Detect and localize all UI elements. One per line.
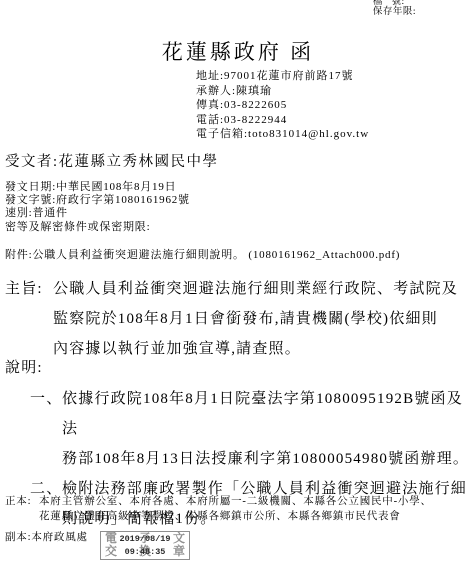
meta-block: 發文日期:中華民國108年8月19日 發文字號:府政行字第1080161962號… — [5, 181, 473, 262]
document-title: 花蓮縣政府 函 — [0, 36, 476, 66]
electronic-exchange-stamp: 電子文 交換章 2019/08/19 09:48:35 — [100, 531, 190, 560]
original-label: 正本: — [5, 495, 31, 510]
subject-text: 公職人員利益衝突迴避法施行細則業經行政院、考試院及 監察院於108年8月1日會銜… — [5, 274, 473, 364]
copy-recipients: 副本:本府政風處 — [5, 531, 473, 546]
attachment-line: 附件:公職人員利益衝突迴避法施行細則說明。 (1080161962_Attach… — [5, 249, 473, 262]
copy-text: 本府政風處 — [31, 532, 88, 543]
distribution-block: 正本: 本府主管辦公室、本府各處、本府所屬一-二級機關、本縣各公立國民中-小學、… — [5, 495, 473, 546]
stamp-date: 2019/08/19 — [101, 533, 189, 546]
description-heading: 說明: — [5, 356, 43, 377]
contact-address: 地址:97001花蓮市府前路17號 — [196, 69, 369, 84]
doc-number-line: 發文字號:府政行字第1080161962號 — [5, 194, 473, 207]
copy-label: 副本: — [5, 532, 31, 543]
official-letter-document: 檔 號: 保存年限: 花蓮縣政府 函 地址:97001花蓮市府前路17號 承辦人… — [0, 0, 476, 564]
contact-block: 地址:97001花蓮市府前路17號 承辦人:陳瑱瑜 傳真:03-8222605 … — [196, 69, 369, 142]
contact-email: 電子信箱:toto831014@hl.gov.tw — [196, 127, 369, 142]
file-info-block: 檔 號: 保存年限: — [373, 0, 416, 17]
item-1-text: 依據行政院108年8月1日院臺法字第1080095192B號函及法 務部108年… — [30, 384, 474, 474]
contact-person: 承辦人:陳瑱瑜 — [196, 84, 369, 99]
issue-date-line: 發文日期:中華民國108年8月19日 — [5, 181, 473, 194]
retention-period-label: 保存年限: — [373, 7, 416, 17]
item-1-label: 一、 — [30, 384, 62, 414]
stamp-datetime: 2019/08/19 09:48:35 — [101, 533, 189, 559]
file-number-label: 檔 號: — [373, 0, 416, 7]
contact-fax: 傳真:03-8222605 — [196, 98, 369, 113]
contact-phone: 電話:03-8222944 — [196, 113, 369, 128]
description-item-1: 一、 依據行政院108年8月1日院臺法字第1080095192B號函及法 務部1… — [30, 384, 474, 474]
security-line: 密等及解密條件或保密期限: — [5, 221, 473, 234]
original-recipients: 正本: 本府主管辦公室、本府各處、本府所屬一-二級機關、本縣各公立國民中-小學、… — [5, 495, 473, 524]
recipient-line: 受文者:花蓮縣立秀林國民中學 — [5, 150, 219, 171]
stamp-time: 09:48:35 — [101, 546, 189, 559]
speed-line: 速別:普通件 — [5, 207, 473, 220]
original-text: 本府主管辦公室、本府各處、本府所屬一-二級機關、本縣各公立國民中-小學、 花蓮縣… — [5, 495, 473, 524]
subject-block: 主旨: 公職人員利益衝突迴避法施行細則業經行政院、考試院及 監察院於108年8月… — [5, 274, 473, 364]
subject-label: 主旨: — [5, 274, 43, 304]
